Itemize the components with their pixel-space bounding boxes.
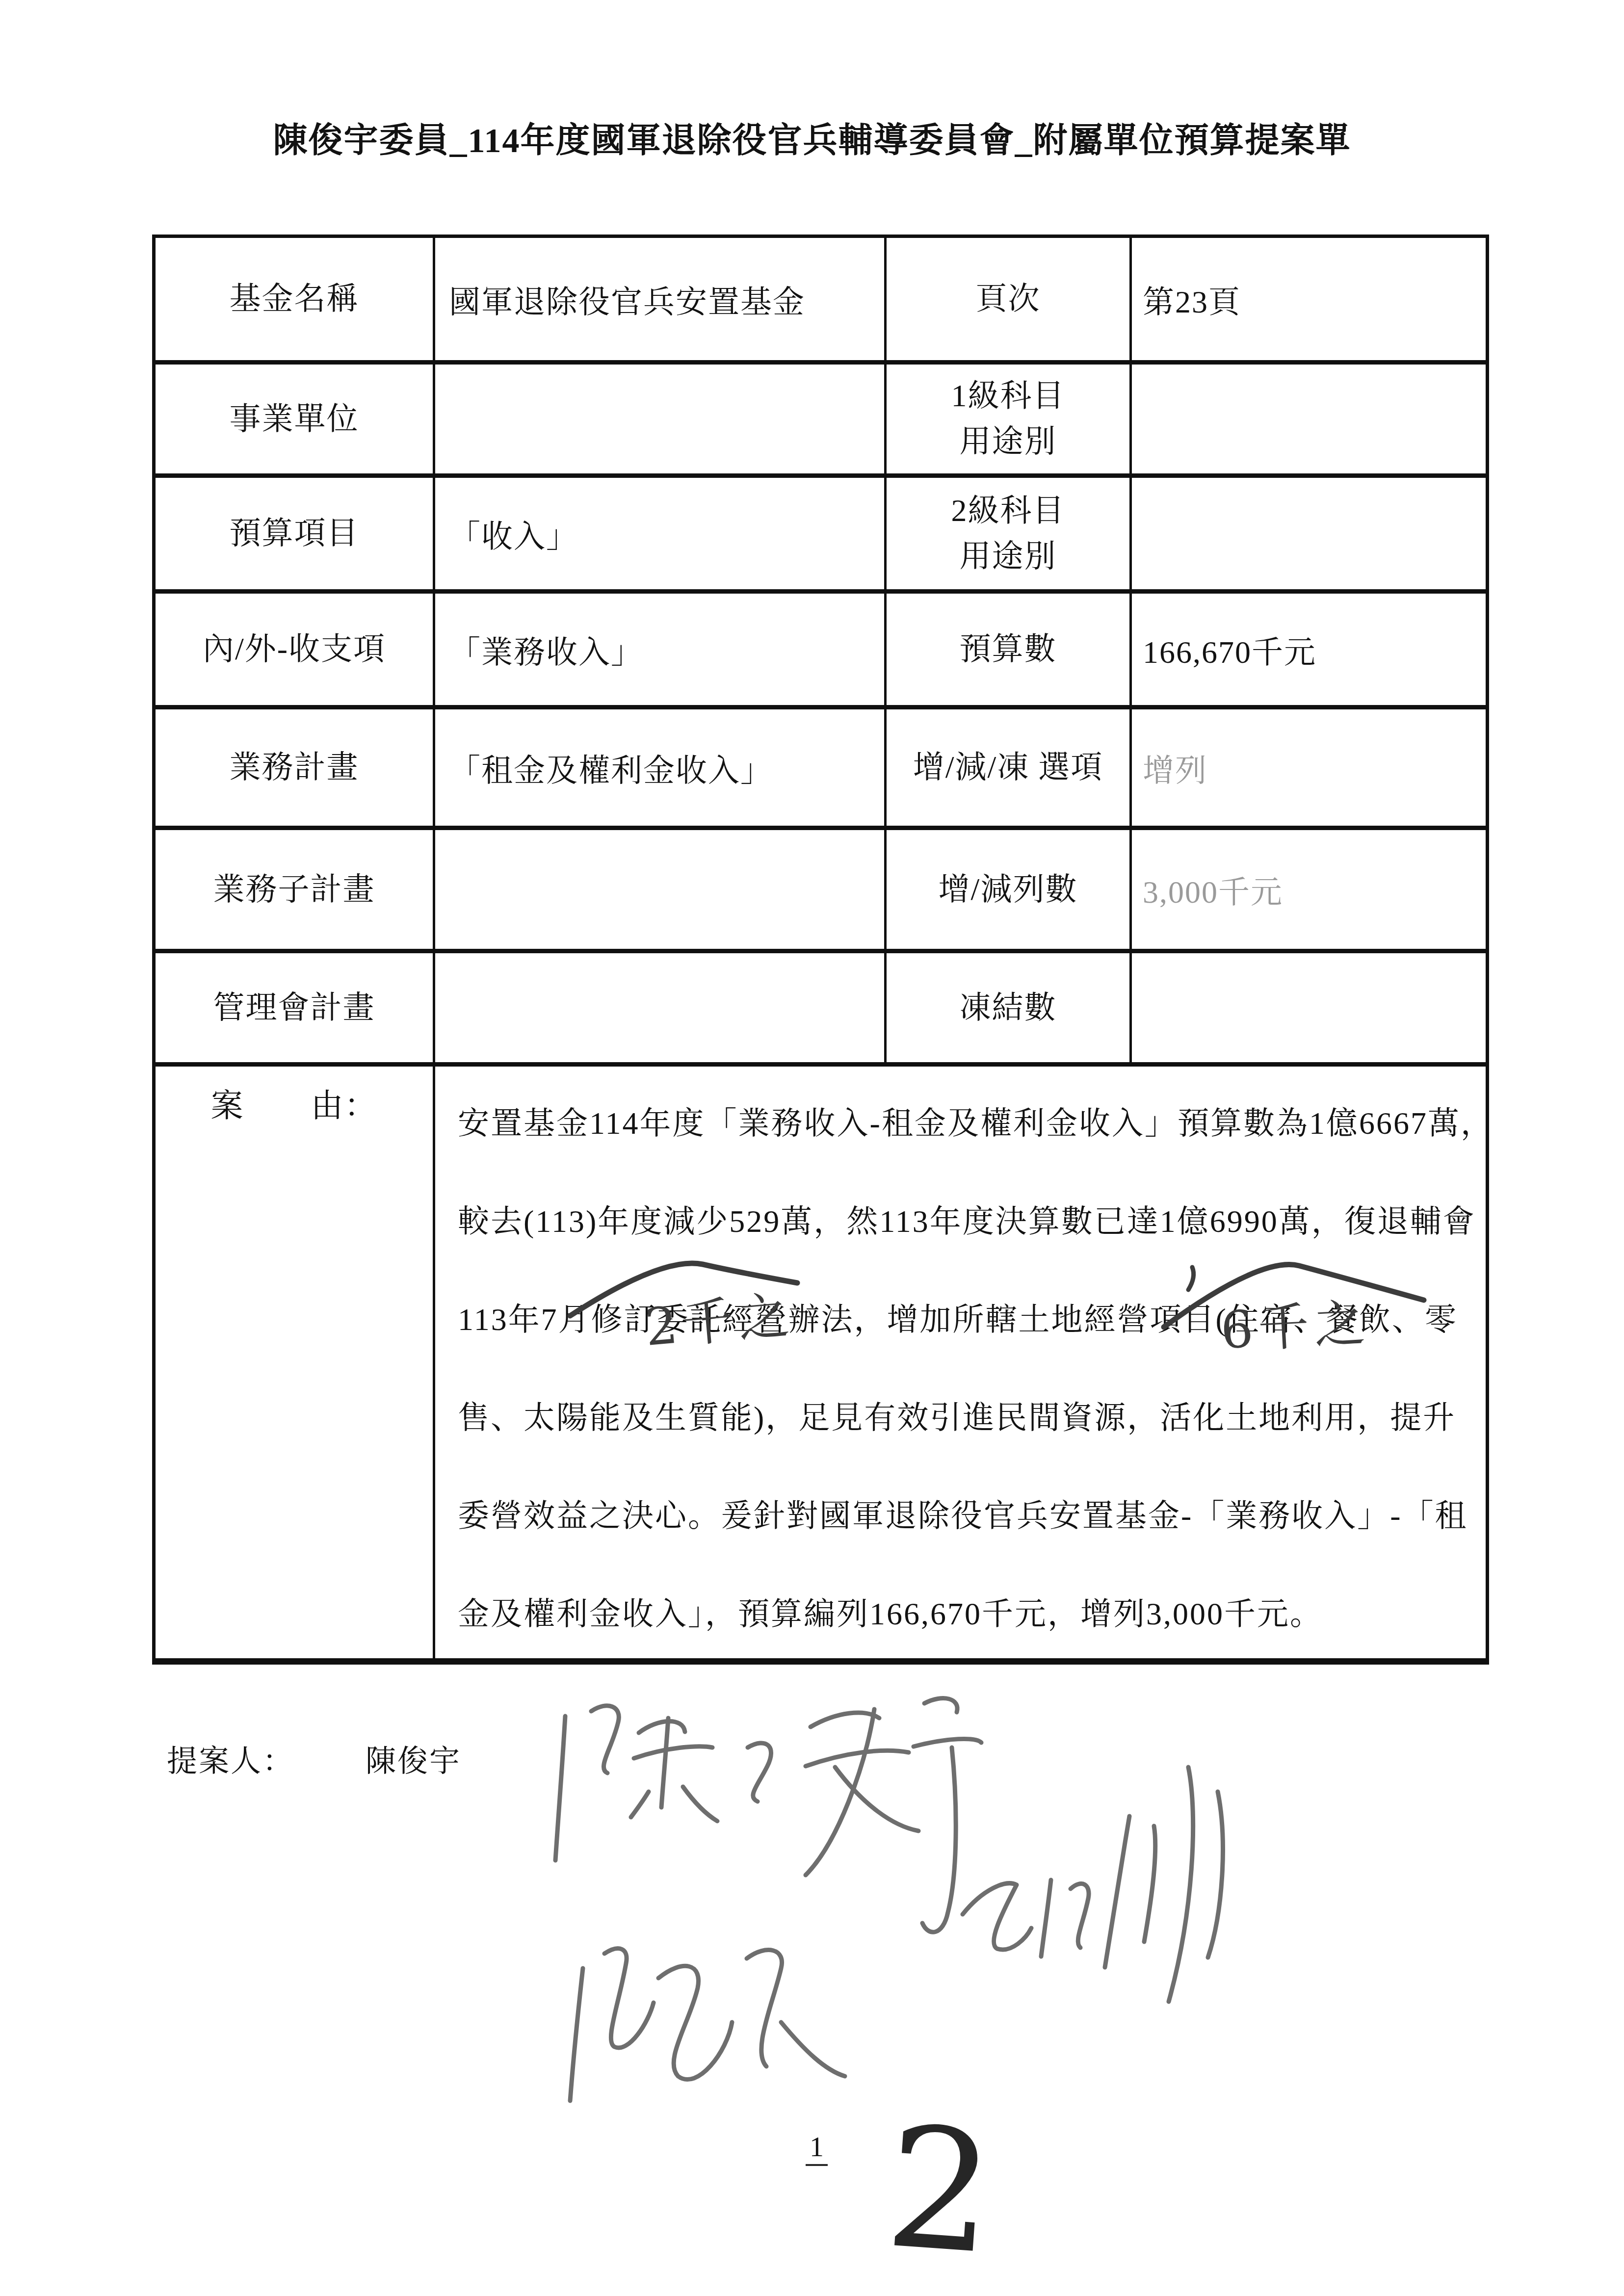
row-label-management-plan: 管理會計畫 bbox=[156, 953, 435, 1067]
fund-name-value: 國軍退除役官兵安置基金 bbox=[435, 238, 887, 365]
row-label-level2-subject: 2級科目用途別 bbox=[887, 478, 1132, 594]
proposer-label: 提案人： bbox=[167, 1737, 294, 1780]
level1-subject-value bbox=[1132, 365, 1486, 478]
business-subplan-value bbox=[435, 830, 887, 953]
case-description: 安置基金114年度「業務收入-租金及權利金收入」預算數為1億6667萬， 較去(… bbox=[435, 1067, 1486, 1658]
row-label-fund-name: 基金名稱 bbox=[156, 238, 435, 365]
document-title: 陳俊宇委員_114年度國軍退除役官兵輔導委員會_附屬單位預算提案單 bbox=[0, 113, 1624, 162]
signature-scribble-2 bbox=[963, 1767, 1223, 2002]
row-label-budget-amount: 預算數 bbox=[887, 594, 1132, 709]
management-plan-value bbox=[435, 953, 887, 1067]
row-label-business-subplan: 業務子計畫 bbox=[156, 830, 435, 953]
row-label-add-cut-freeze-option: 增/減/凍 選項 bbox=[887, 709, 1132, 830]
business-plan-value: 「租金及權利金收入」 bbox=[435, 709, 887, 830]
case-line: 113年7月修訂委託經營辦法，增加所轄土地經營項目(住宿、餐飲、零 bbox=[458, 1268, 1486, 1366]
row-label-business-unit: 事業單位 bbox=[156, 365, 435, 478]
row-label-level1-subject: 1級科目用途別 bbox=[887, 365, 1132, 478]
add-cut-freeze-option-value: 增列 bbox=[1132, 709, 1486, 830]
case-label: 案 由： bbox=[156, 1067, 435, 1658]
case-line: 金及權利金收入」，預算編列166,670千元，增列3,000千元。 bbox=[458, 1562, 1486, 1658]
row-label-budget-item: 預算項目 bbox=[156, 478, 435, 594]
proposal-table: 基金名稱 國軍退除役官兵安置基金 頁次 第23頁 事業單位 1級科目用途別 預算… bbox=[152, 235, 1489, 1665]
case-line: 安置基金114年度「業務收入-租金及權利金收入」預算數為1億6667萬， bbox=[458, 1071, 1486, 1170]
budget-amount-value: 166,670千元 bbox=[1132, 594, 1486, 709]
level2-subject-value bbox=[1132, 478, 1486, 594]
case-line: 委營效益之決心。爰針對國軍退除役官兵安置基金-「業務收入」-「租 bbox=[458, 1464, 1486, 1562]
row-label-business-plan: 業務計畫 bbox=[156, 709, 435, 830]
in-out-item-value: 「業務收入」 bbox=[435, 594, 887, 709]
printed-page-number: 1 bbox=[806, 2130, 828, 2166]
row-label-in-out-item: 內/外-收支項 bbox=[156, 594, 435, 709]
frozen-amount-value bbox=[1132, 953, 1486, 1067]
case-line: 售、太陽能及生質能)，足見有效引進民間資源，活化土地利用，提升 bbox=[458, 1366, 1486, 1464]
row-label-page-no: 頁次 bbox=[887, 238, 1132, 365]
case-line: 較去(113)年度減少529萬，然113年度決算數已達1億6990萬，復退輔會 bbox=[458, 1170, 1486, 1268]
add-cut-amount-value: 3,000千元 bbox=[1132, 830, 1486, 953]
signature-scribble-3 bbox=[570, 1949, 845, 2101]
page-no-value: 第23頁 bbox=[1132, 238, 1486, 365]
business-unit-value bbox=[435, 365, 887, 478]
row-label-add-cut-amount: 增/減列數 bbox=[887, 830, 1132, 953]
budget-item-value: 「收入」 bbox=[435, 478, 887, 594]
proposer-printed-name: 陳俊宇 bbox=[366, 1737, 461, 1780]
signature-scribble-1 bbox=[555, 1698, 981, 1932]
scanned-budget-proposal-page: 陳俊宇委員_114年度國軍退除役官兵輔導委員會_附屬單位預算提案單 基金名稱 國… bbox=[0, 0, 1624, 2296]
handwritten-page-number: 2 bbox=[880, 2090, 999, 2292]
row-label-frozen-amount: 凍結數 bbox=[887, 953, 1132, 1067]
